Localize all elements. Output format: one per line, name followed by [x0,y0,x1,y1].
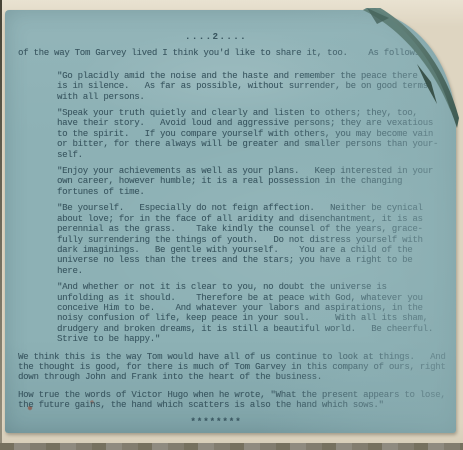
end-asterisks: ******** [18,417,446,427]
quote-paragraph-universe-unfolding: "And whether or not it is clear to you, … [57,282,446,344]
quote-paragraph-be-yourself: "Be yourself. Especially do not feign af… [57,203,446,276]
page-number: ....2.... [18,32,446,42]
photo-background: ....2.... of the way Tom Garvey lived I … [0,0,463,450]
photo-left-edge [0,0,2,443]
quote-paragraph-speak-your-truth: "Speak your truth quietly and clearly an… [57,108,446,160]
closing-paragraph: We think this is the way Tom would have … [18,352,446,383]
photo-bottom-edge [0,443,463,450]
intro-line: of the way Tom Garvey lived I think you'… [18,48,446,58]
typewritten-letter-page: ....2.... of the way Tom Garvey lived I … [5,10,456,433]
quote-paragraph-enjoy-achievements: "Enjoy your achievements as well as your… [57,166,446,197]
letter-text-block: ....2.... of the way Tom Garvey lived I … [5,10,456,433]
victor-hugo-paragraph: How true the words of Victor Hugo when h… [18,390,446,411]
quote-paragraph-go-placidly: "Go placidly amid the noise and the hast… [57,71,446,102]
